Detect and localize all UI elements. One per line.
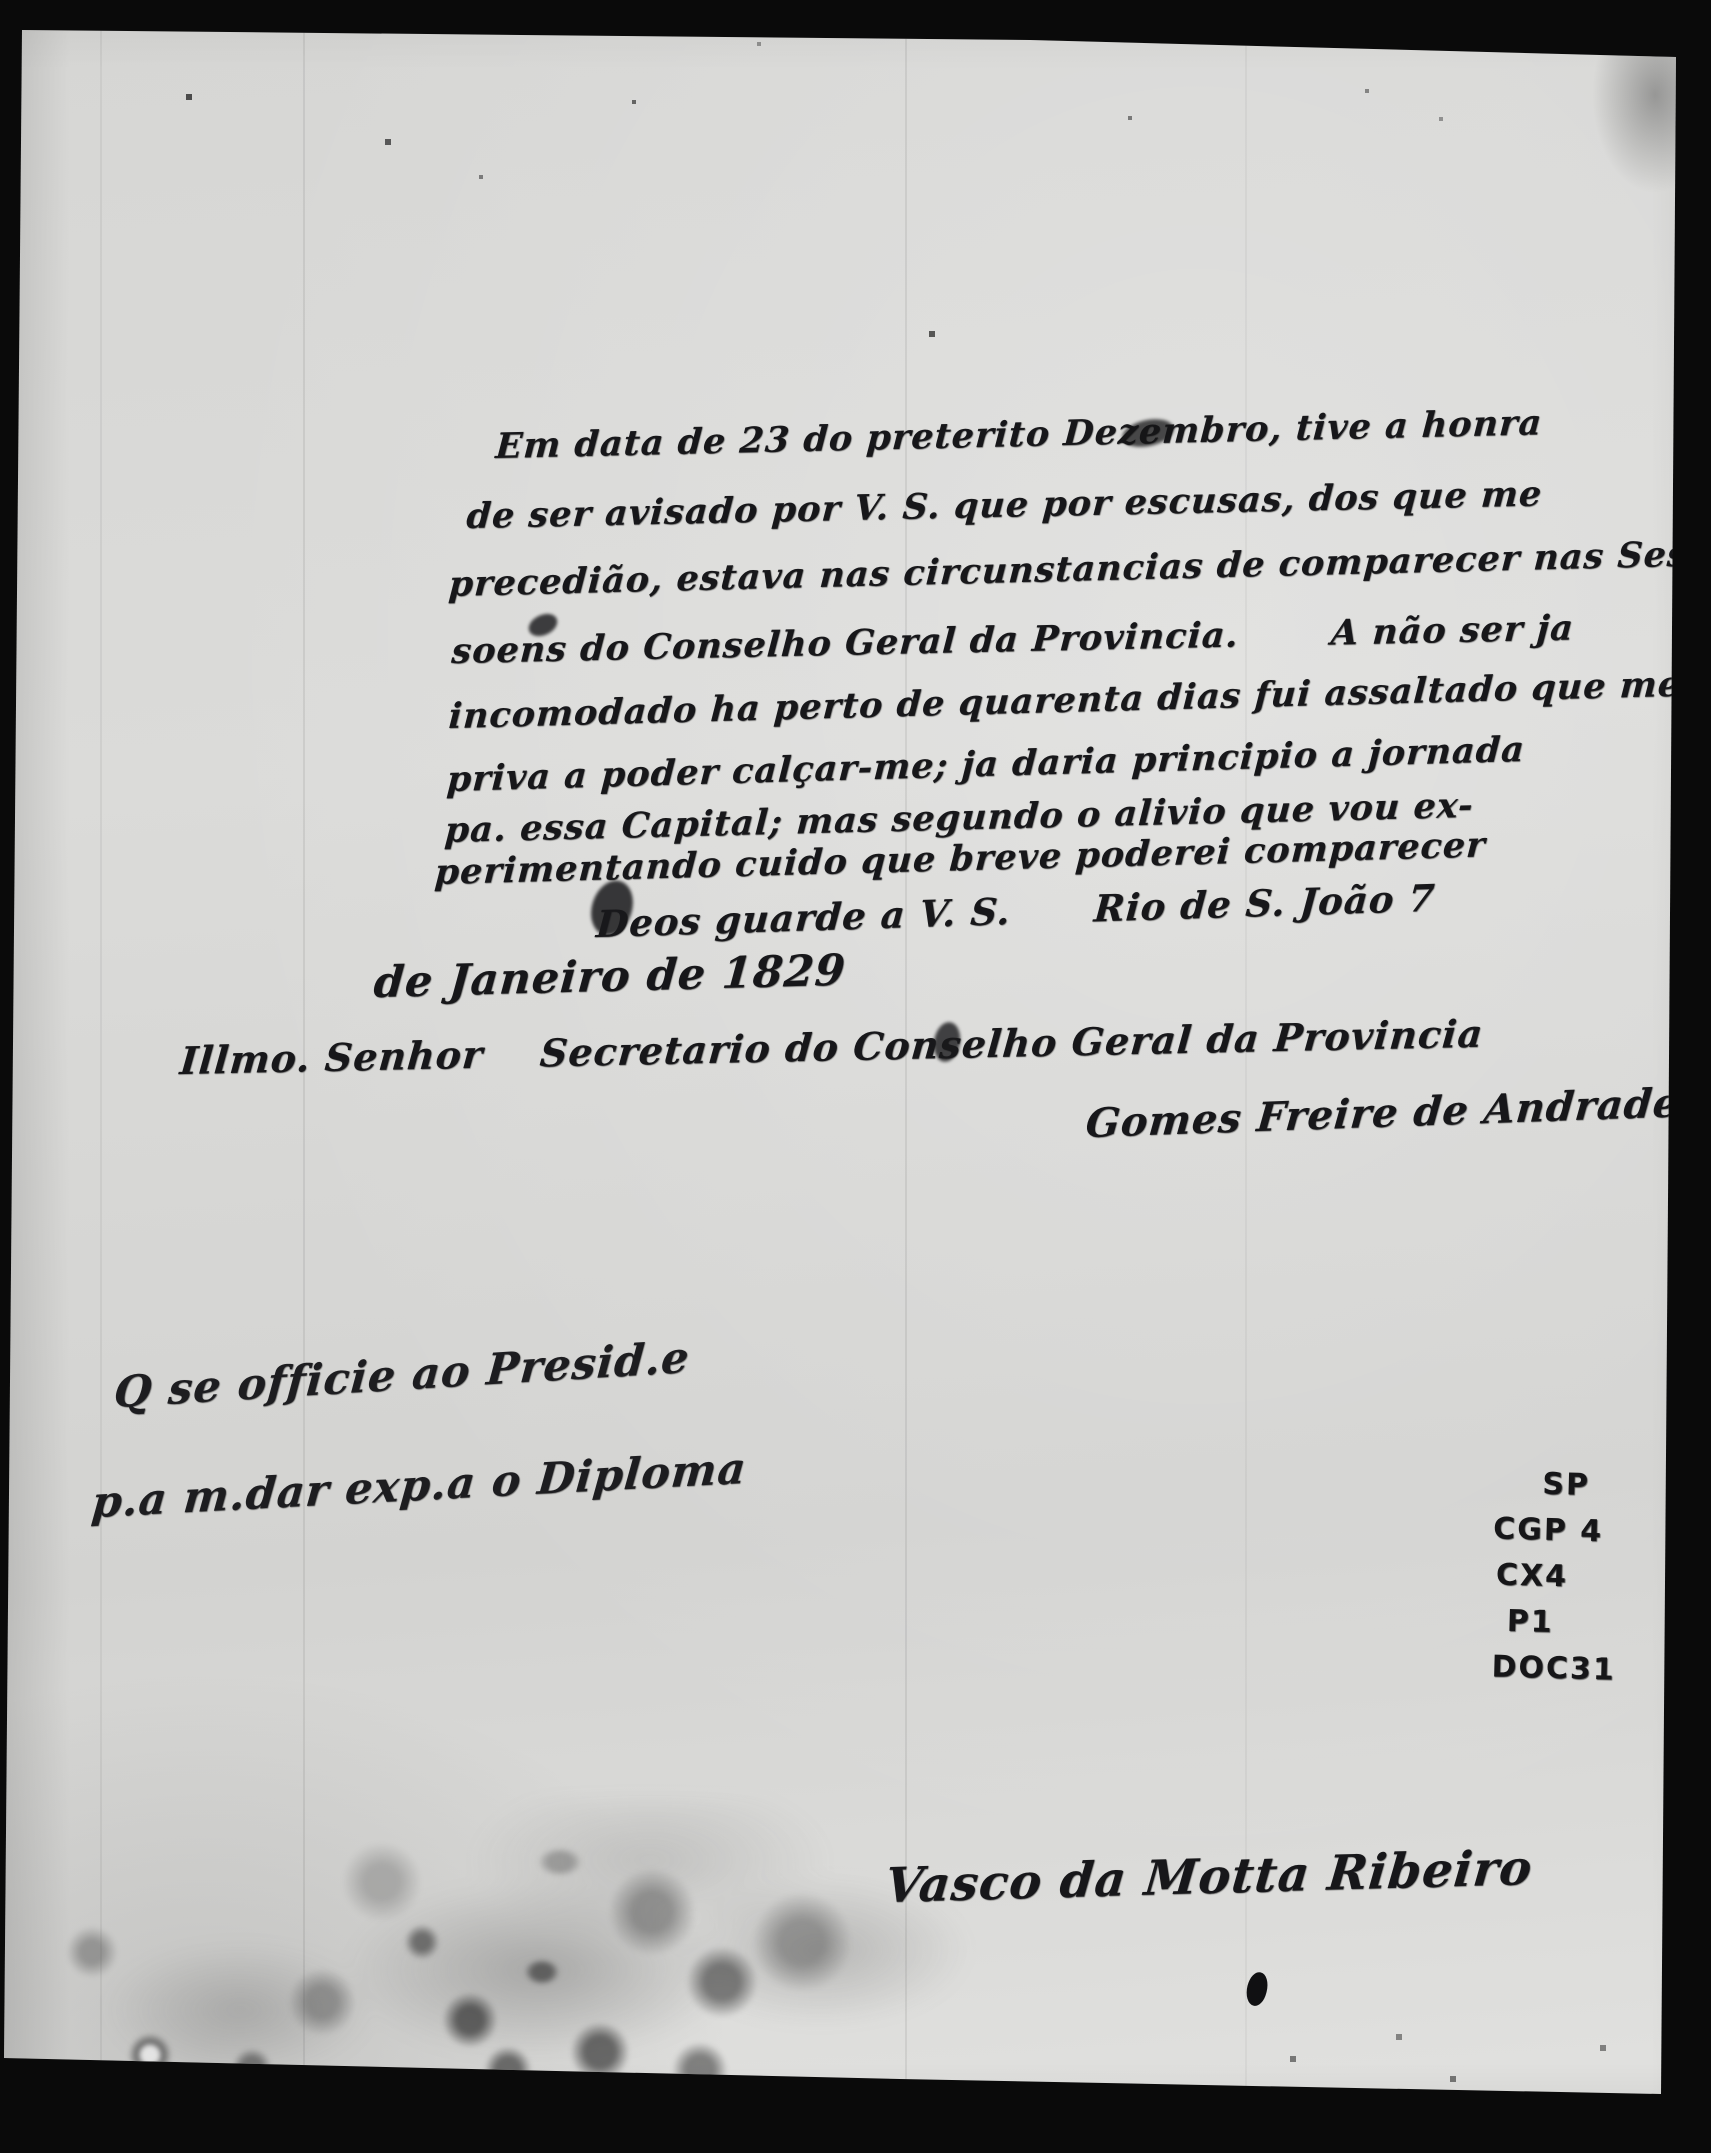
letter-paper: Em data de 23 do preterito Dezembro, tiv… <box>0 0 1711 2153</box>
archival-reference-stamp: SP CGP 4 CX4 P1 DOC31 <box>1489 1460 1621 1693</box>
stamp-line: SP <box>1542 1462 1621 1510</box>
stamp-line: CGP 4 <box>1493 1506 1620 1555</box>
stamp-line: P1 <box>1506 1599 1617 1648</box>
scanned-letter-page: Em data de 23 do preterito Dezembro, tiv… <box>0 0 1711 2153</box>
stain-spots <box>0 1820 1050 2100</box>
paper-fold-line <box>1245 0 1247 2153</box>
stamp-line: CX4 <box>1495 1552 1618 1601</box>
stamp-line: DOC31 <box>1491 1644 1616 1693</box>
dust-specks <box>0 0 2 2</box>
